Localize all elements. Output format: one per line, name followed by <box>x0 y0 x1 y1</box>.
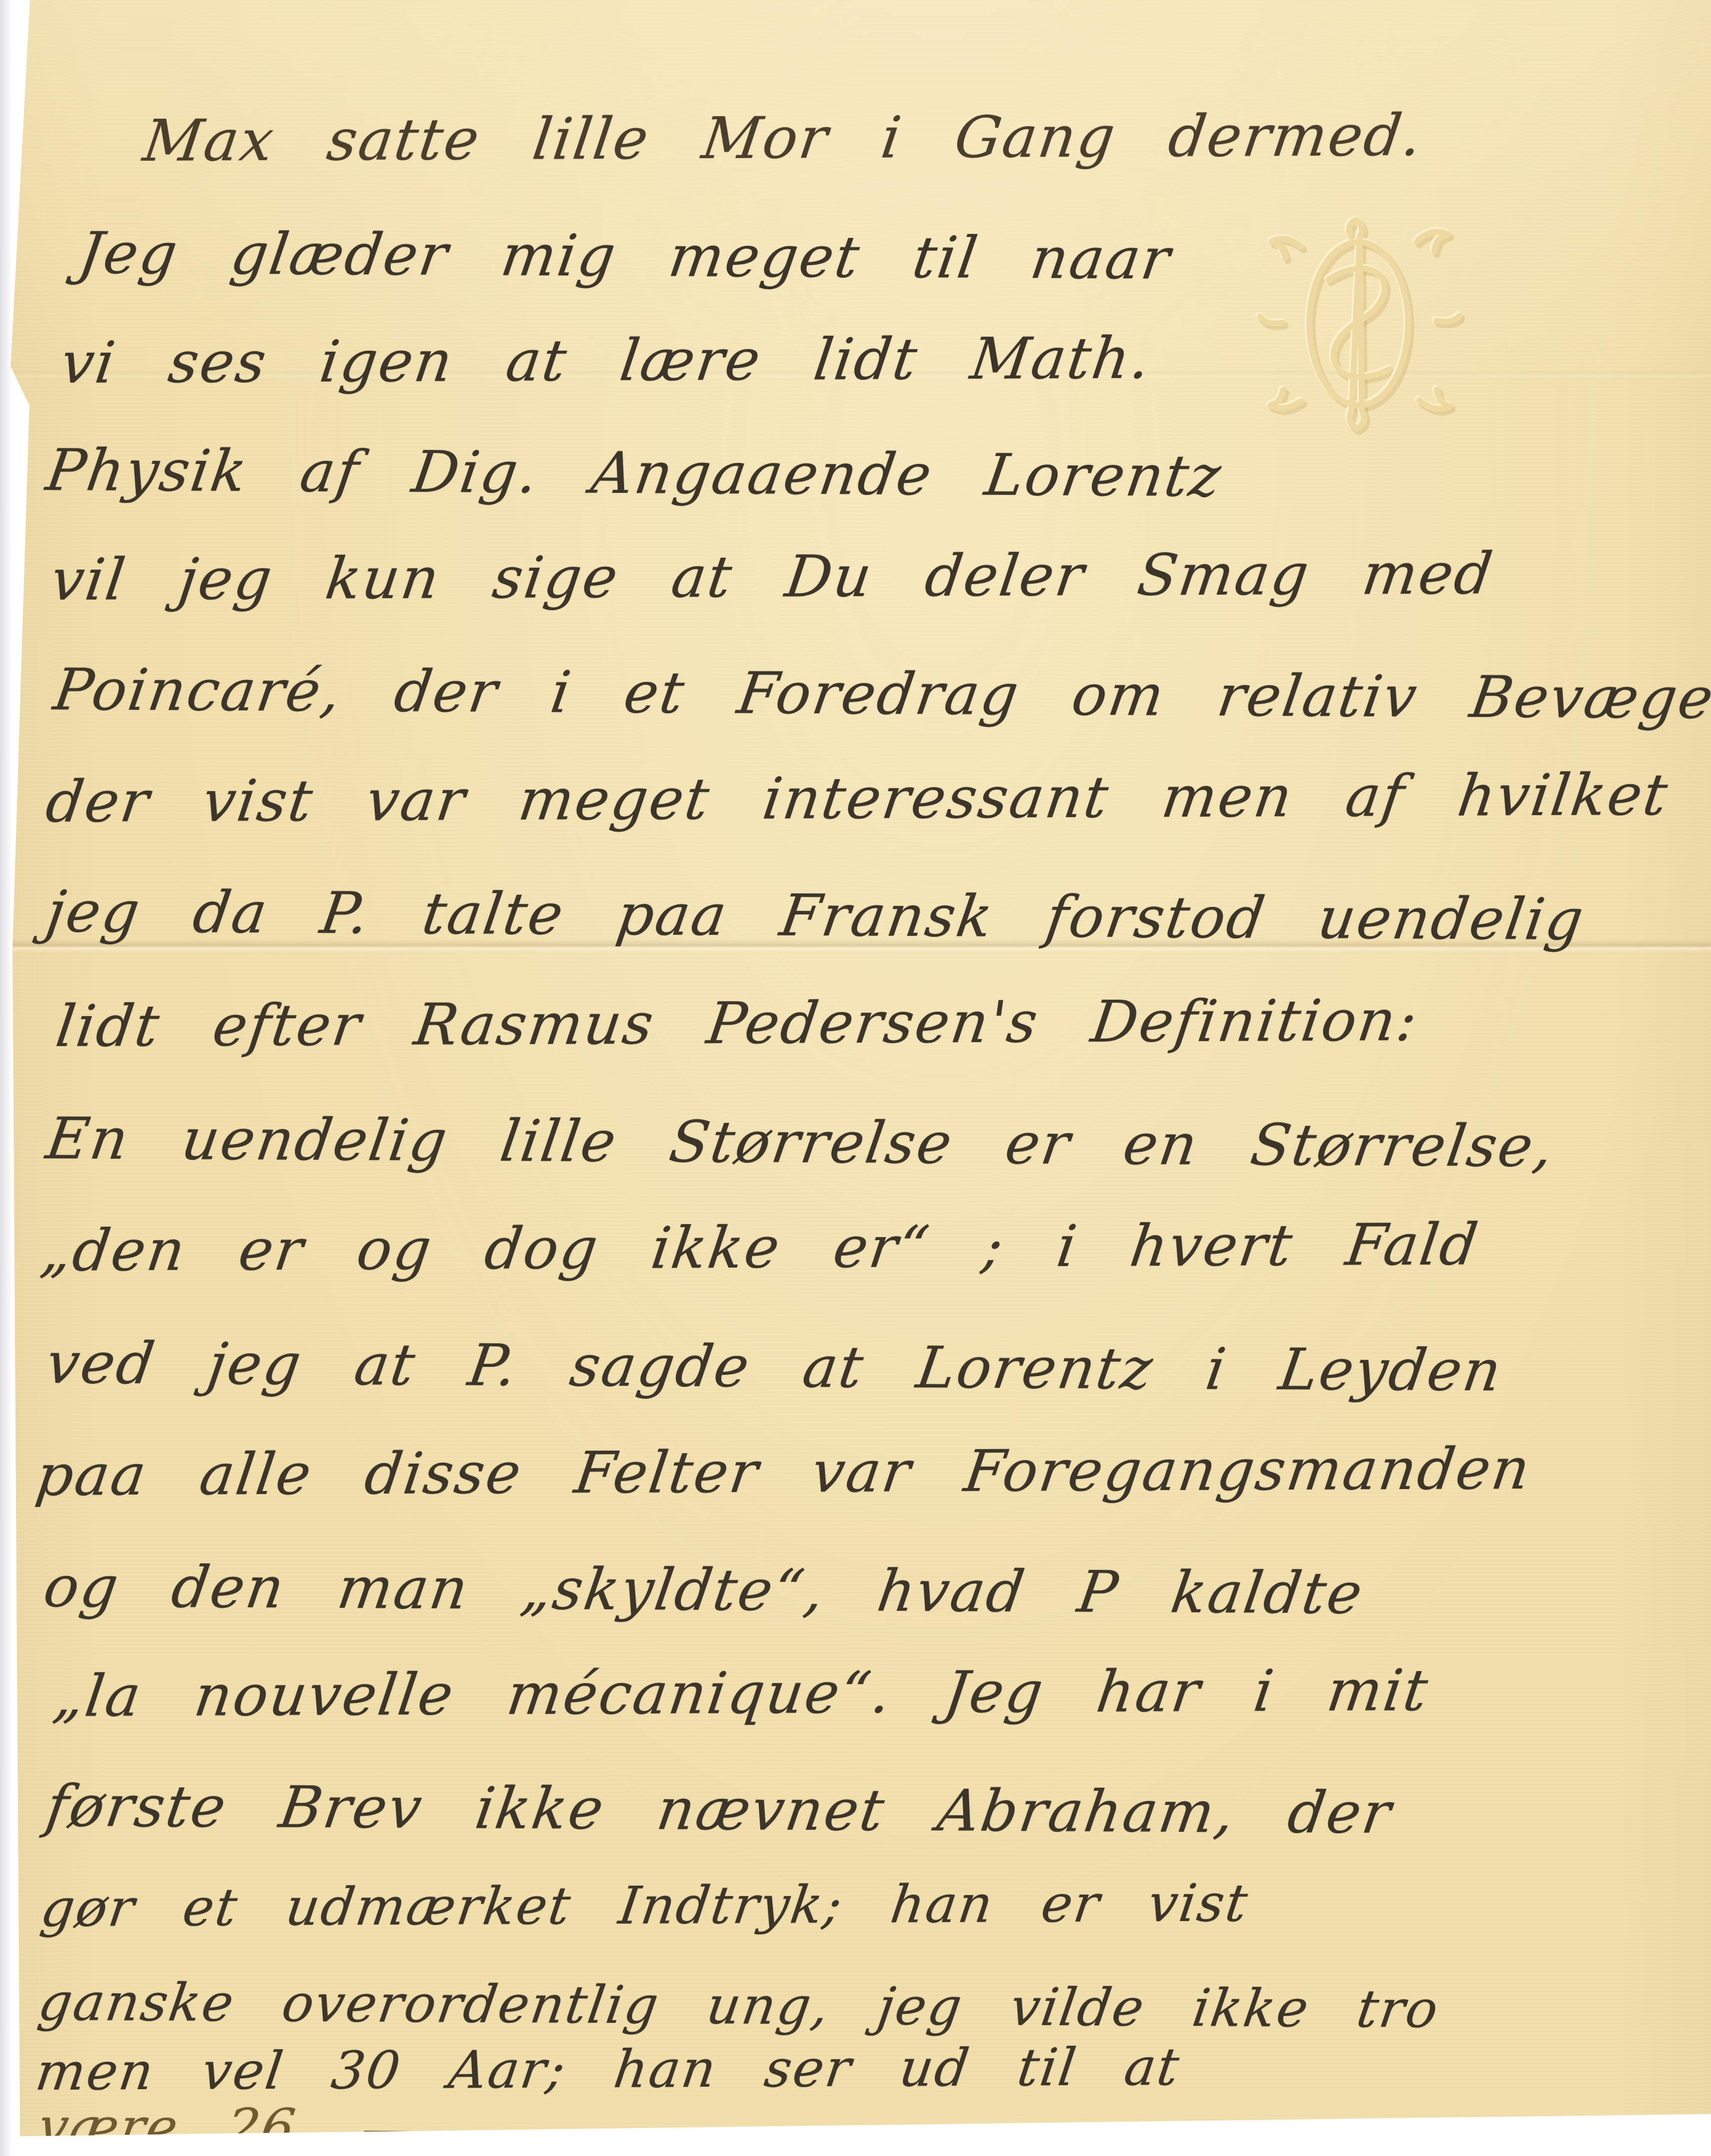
scan-edge-shadow <box>0 0 13 2156</box>
handwritten-line: „den er og dog ikke er“ ; i hvert Fald <box>37 1213 1483 1283</box>
handwritten-line: En uendelig lille Størrelse er en Større… <box>42 1107 1559 1178</box>
handwritten-line: være 26. ——— <box>35 2098 526 2156</box>
handwritten-line: Jeg glæder mig meget til naar <box>75 222 1175 291</box>
handwritten-line: Poincaré, der i et Foredrag om relativ B… <box>50 658 1711 731</box>
handwritten-line: vi ses igen at lære lidt Math. <box>57 327 1155 395</box>
handwritten-line: vil jeg kun sige at Du deler Smag med <box>47 542 1497 612</box>
handwriting-text-layer: Max satte lille Mor i Gang dermed. Jeg g… <box>0 0 1711 2156</box>
handwritten-line: ved jeg at P. sagde at Lorentz i Leyden <box>42 1332 1506 1403</box>
handwritten-line: ganske overordentlig ung, jeg vilde ikke… <box>35 1973 1443 2038</box>
handwritten-line: men vel 30 Aar; han ser ud til at <box>32 2038 1184 2100</box>
handwritten-line: jeg da P. talte paa Fransk forstod uende… <box>42 880 1589 952</box>
handwritten-line: der vist var meget interessant men af hv… <box>42 764 1673 834</box>
handwritten-line: Max satte lille Mor i Gang dermed. <box>140 104 1427 173</box>
handwritten-line: gør et udmærket Indtryk; han er vist <box>37 1874 1252 1937</box>
handwritten-line: og den man „skyldte“, hvad P kaldte <box>40 1555 1368 1625</box>
handwritten-line: Physik af Dig. Angaaende Lorentz <box>42 439 1226 508</box>
handwritten-line: lidt efter Rasmus Pedersen's Definition: <box>52 989 1422 1058</box>
scanned-letter-page: Max satte lille Mor i Gang dermed. Jeg g… <box>0 0 1711 2156</box>
handwritten-line: paa alle disse Felter var Foregangsmande… <box>32 1438 1535 1508</box>
handwritten-line: første Brev ikke nævnet Abraham, der <box>42 1775 1396 1845</box>
letter-paper: Max satte lille Mor i Gang dermed. Jeg g… <box>0 0 1711 2156</box>
handwritten-line: „la nouvelle mécanique“. Jeg har i mit <box>50 1659 1433 1728</box>
